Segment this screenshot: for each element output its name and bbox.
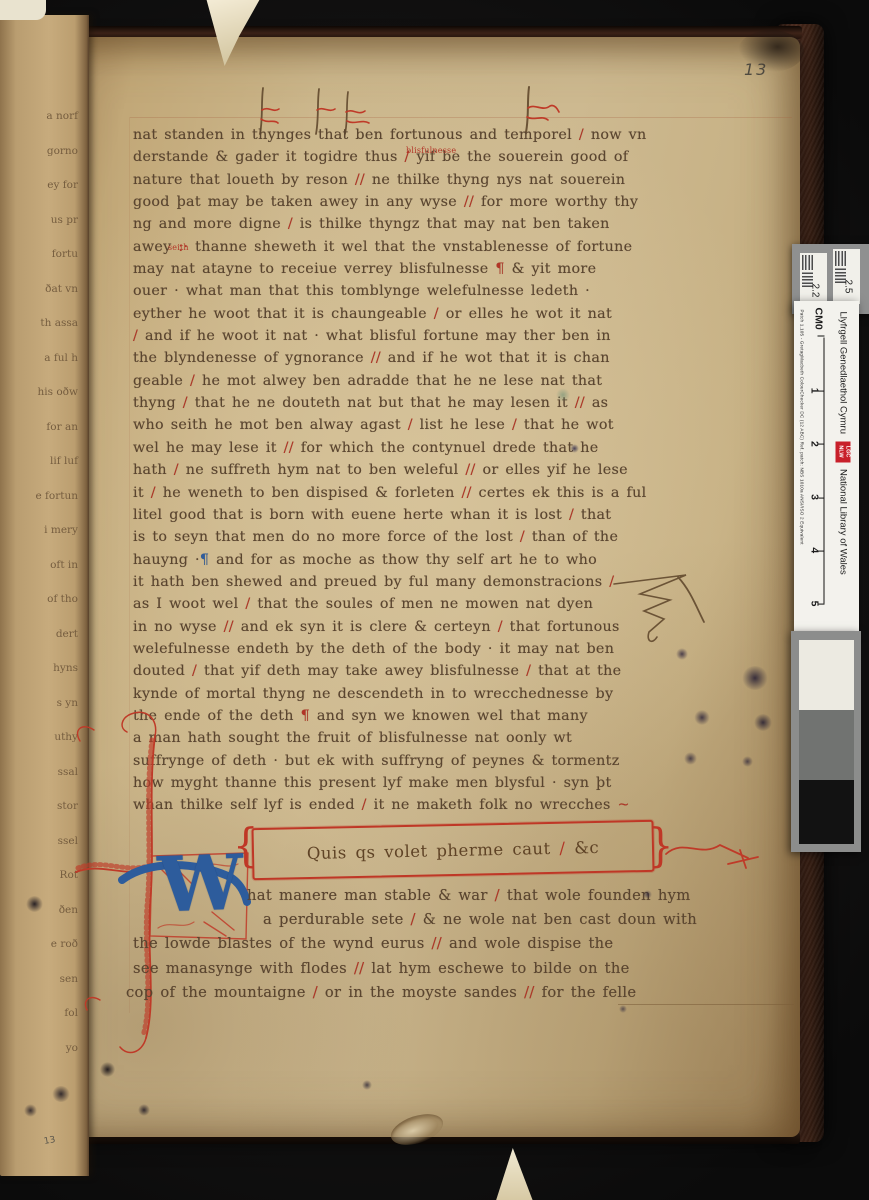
manuscript-line: kynde of mortal thyng ne descendeth in t… — [133, 683, 689, 705]
stain-spot — [570, 444, 579, 453]
stain-spot — [676, 648, 688, 660]
facing-page-fragment: th assa — [0, 306, 78, 341]
greyscale-patch-grey — [799, 710, 854, 780]
manuscript-line: a man hath sought the fruit of blisfulne… — [133, 727, 689, 749]
facing-page-fragment: oft in — [0, 548, 78, 583]
manuscript-line: nat standen in thynges that ben fortunou… — [133, 124, 689, 146]
manuscript-line: is to seyn that men do no more force of … — [133, 526, 689, 548]
facing-page-fragment: gorno — [0, 134, 78, 169]
stain-spot — [684, 752, 697, 765]
facing-page-fragment: fortu — [0, 237, 78, 272]
manuscript-line: eyther he woot that it is chaungeable / … — [133, 303, 689, 325]
facing-page-fragment: dert — [0, 617, 78, 652]
facing-page-fragment: a norf — [0, 99, 78, 134]
main-text-block: nat standen in thynges that ben fortunou… — [133, 124, 689, 817]
resolution-patch-left: 2.2 — [800, 253, 827, 308]
facing-page-fragment: e fortun — [0, 479, 78, 514]
metrum-line: cop of the mountaigne / or in the moyste… — [126, 981, 713, 1005]
interlinear-gloss-red: blisfulnesse — [406, 146, 456, 155]
stripe-pattern-icon — [835, 251, 846, 266]
facing-page-fragment: i mery — [0, 513, 78, 548]
margin-squiggle-mark — [608, 548, 723, 643]
stripe-pattern-icon — [802, 255, 813, 270]
manuscript-line: who seith he mot ben alway agast / list … — [133, 414, 689, 436]
facing-page-fragment: ðat vn — [0, 272, 78, 307]
manuscript-line: the ende of the deth ¶ and syn we knowen… — [133, 705, 689, 727]
ruling-line-top — [130, 117, 792, 118]
manuscript-line: litel good that is born with euene herte… — [133, 504, 689, 526]
facing-page-fragment: his oðw — [0, 375, 78, 410]
corner-smudge-stain — [738, 30, 804, 72]
facing-page-fragment: hyns — [0, 651, 78, 686]
stain-spot — [556, 388, 570, 402]
stain-spot — [100, 1062, 115, 1077]
manuscript-line: it / he weneth to ben dispised & forlete… — [133, 482, 689, 504]
stain-spot — [52, 1086, 70, 1102]
manuscript-line: thyng / that he ne douteth nat but that … — [133, 392, 689, 414]
manuscript-line: whan thilke self lyf is ended / it ne ma… — [133, 794, 689, 816]
facing-page-fragment: lif luf — [0, 444, 78, 479]
stain-spot — [362, 1080, 372, 1090]
stain-spot — [742, 756, 753, 767]
facing-page-fragment: ey for — [0, 168, 78, 203]
nlw-ruler-card: Llyfrgell Genedlaethol Cymru LGC NLW Nat… — [794, 301, 859, 632]
cm-ruler-zero-label: CM0 — [812, 307, 824, 329]
stain-spot — [742, 666, 768, 690]
manuscript-line: ouer · what man that this tomblynge wele… — [133, 280, 689, 302]
manuscript-line: douted / that yif deth may take awey bli… — [133, 660, 689, 682]
manuscript-line: geable / he mot alwey ben adradde that h… — [133, 370, 689, 392]
stain-spot — [138, 1104, 150, 1116]
metrum-text-block: hat manere man stable & war / that wole … — [133, 884, 713, 1005]
corner-sliver — [0, 0, 46, 20]
patch-label: 2.5 — [842, 280, 853, 294]
ruler-tick-label: 1 — [808, 387, 820, 393]
manuscript-line: awey :· thanne sheweth it wel that the v… — [133, 236, 689, 258]
photographed-manuscript-page: a norfgornoey forus prfortuðat vnth assa… — [0, 0, 869, 1200]
folio-number-bottom: 13 — [43, 1135, 56, 1147]
rubric-flourish-right — [662, 828, 762, 878]
nlw-logo: LGC NLW — [836, 441, 851, 462]
manuscript-line: how myght thanne this present lyf make m… — [133, 772, 689, 794]
metrum-line: a perdurable sete / & ne wole nat ben ca… — [263, 908, 713, 932]
ruler-tick-label: 2 — [808, 440, 820, 446]
manuscript-line: hath / ne suffreth hym nat to ben welefu… — [133, 459, 689, 481]
stain-spot — [24, 1104, 37, 1117]
stain-spot — [754, 714, 772, 731]
manuscript-line: as I woot wel / that the soules of men n… — [133, 593, 689, 615]
manuscript-line: nature that loueth by reson // ne thilke… — [133, 169, 689, 191]
interlinear-gloss-red-2: seith — [168, 243, 189, 252]
nlw-name-welsh: Llyfrgell Genedlaethol Cymru — [838, 311, 849, 434]
stain-spot — [643, 890, 652, 899]
manuscript-line: may nat atayne to receiue verrey blisful… — [133, 258, 689, 280]
cm-ruler: CM0 12345 — [806, 301, 831, 632]
manuscript-line: ng and more digne / is thilke thyngz tha… — [133, 213, 689, 235]
stain-spot — [619, 1005, 627, 1013]
resolution-patch-right: 2.5 — [833, 249, 860, 304]
ruler-ticks: 12345 — [806, 337, 824, 603]
ruler-tick-label: 5 — [808, 600, 820, 606]
metrum-line: see manasynge with flodes // lat hym esc… — [133, 957, 713, 981]
greyscale-patch-black — [799, 780, 854, 844]
patch-label: 2.2 — [809, 284, 820, 298]
manuscript-line: hauyng ·¶ and for as moche as thow thy s… — [133, 549, 689, 571]
ruler-rotated-content: Llyfrgell Genedlaethol Cymru LGC NLW Nat… — [794, 301, 859, 632]
greyscale-card — [791, 631, 861, 852]
stain-spot — [694, 710, 710, 725]
facing-page-fragment: for an — [0, 410, 78, 445]
manuscript-line: the blyndenesse of ygnorance // and if h… — [133, 347, 689, 369]
rubric-box: Quis qs volet pherme caut / &c — [251, 820, 654, 880]
manuscript-line: suffrynge of deth · but ek with suffryng… — [133, 750, 689, 772]
ruler-tick-label: 4 — [808, 547, 820, 553]
ruler-tick-label: 3 — [808, 494, 820, 500]
nlw-name-english: National Library of Wales — [838, 469, 849, 575]
manuscript-line: welefulnesse endeth by the deth of the b… — [133, 638, 689, 660]
manuscript-line: wel he may lese it // for which the cont… — [133, 437, 689, 459]
manuscript-line: in no wyse // and ek syn it is clere & c… — [133, 616, 689, 638]
page-weight-tab-bottom — [492, 1148, 544, 1200]
facing-page-fragment: of tho — [0, 582, 78, 617]
metrum-line: the lowde blastes of the wynd eurus // a… — [133, 932, 713, 956]
manuscript-line: it hath ben shewed and preued by ful man… — [133, 571, 689, 593]
facing-page-fragment: a ful h — [0, 341, 78, 376]
rubric-text: Quis qs volet pherme caut / &c — [307, 837, 600, 862]
greyscale-patch-white — [799, 640, 854, 710]
manuscript-line: / and if he woot it nat · what blisful f… — [133, 325, 689, 347]
facing-page-fragment: us pr — [0, 203, 78, 238]
stain-spot — [26, 896, 43, 912]
manuscript-line: good þat may be taken awey in any wyse /… — [133, 191, 689, 213]
ruler-small-print: Patch 1.105 - GretagMacbeth ColourChecke… — [799, 301, 806, 632]
